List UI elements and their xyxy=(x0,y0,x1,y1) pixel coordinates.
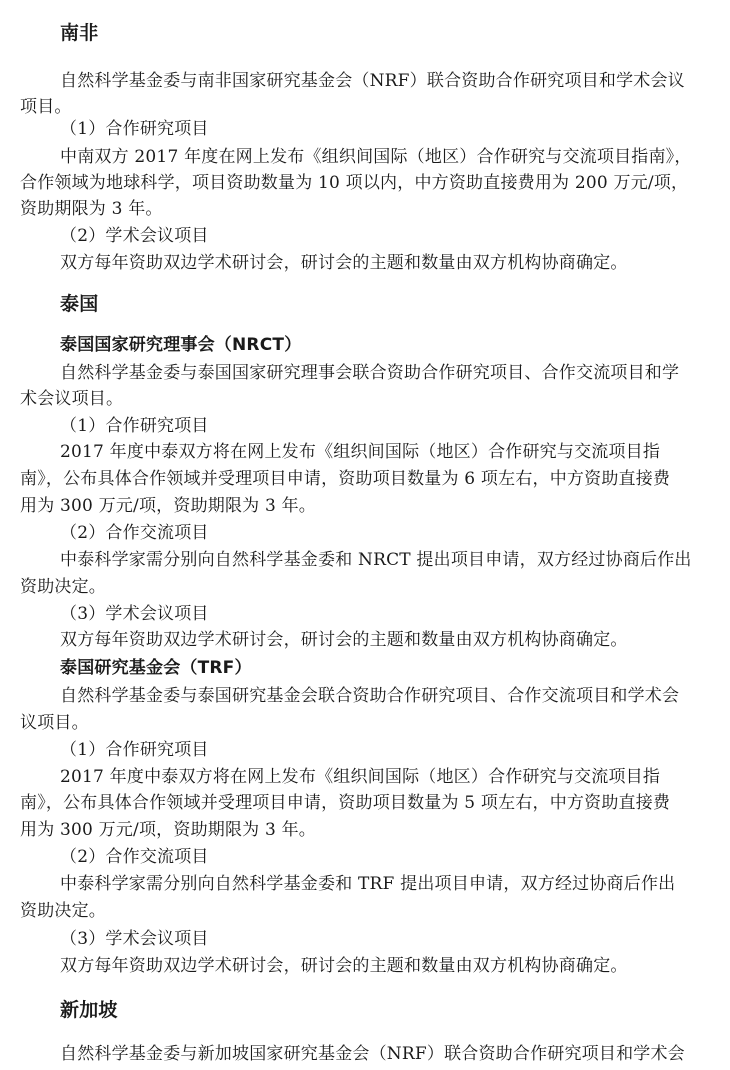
org-heading-trf: 泰国研究基金会（TRF） xyxy=(60,657,252,679)
paragraph-line: 南》，公布具体合作领域并受理项目申请，资助项目数量为 5 项左右，中方资助直接费 xyxy=(20,792,670,814)
item-label: （2）学术会议项目 xyxy=(60,225,209,247)
paragraph-line: 自然科学基金委与新加坡国家研究基金会（NRF）联合资助合作研究项目和学术会 xyxy=(60,1043,685,1065)
paragraph-line: 2017 年度中泰双方将在网上发布《组织间国际（地区）合作研究与交流项目指 xyxy=(60,441,660,463)
paragraph-line: 资助决定。 xyxy=(20,576,106,598)
paragraph-line: 双方每年资助双边学术研讨会，研讨会的主题和数量由双方机构协商确定。 xyxy=(60,955,628,977)
paragraph-line: 资助决定。 xyxy=(20,900,106,922)
paragraph-line: 项目。 xyxy=(20,96,72,118)
paragraph-line: 自然科学基金委与南非国家研究基金会（NRF）联合资助合作研究项目和学术会议 xyxy=(60,70,685,92)
paragraph-line: 南》，公布具体合作领域并受理项目申请，资助项目数量为 6 项左右，中方资助直接费 xyxy=(20,468,670,490)
paragraph-line: 自然科学基金委与泰国国家研究理事会联合资助合作研究项目、合作交流项目和学 xyxy=(60,362,679,384)
item-label: （3）学术会议项目 xyxy=(60,603,209,625)
paragraph-line: 双方每年资助双边学术研讨会，研讨会的主题和数量由双方机构协商确定。 xyxy=(60,252,628,274)
paragraph-line: 用为 300 万元/项，资助期限为 3 年。 xyxy=(20,495,316,517)
paragraph-line: 自然科学基金委与泰国研究基金会联合资助合作研究项目、合作交流项目和学术会 xyxy=(60,685,679,707)
org-heading-nrct: 泰国国家研究理事会（NRCT） xyxy=(60,334,301,356)
item-label: （1）合作研究项目 xyxy=(60,739,209,761)
item-label: （2）合作交流项目 xyxy=(60,522,209,544)
paragraph-line: 用为 300 万元/项，资助期限为 3 年。 xyxy=(20,819,316,841)
section-heading-thailand: 泰国 xyxy=(60,293,98,315)
paragraph-line: 议项目。 xyxy=(20,712,89,734)
paragraph-line: 术会议项目。 xyxy=(20,388,123,410)
paragraph-line: 资助期限为 3 年。 xyxy=(20,198,163,220)
item-label: （2）合作交流项目 xyxy=(60,846,209,868)
section-heading-singapore: 新加坡 xyxy=(60,999,118,1021)
item-label: （3）学术会议项目 xyxy=(60,928,209,950)
paragraph-line: 中泰科学家需分别向自然科学基金委和 NRCT 提出项目申请，双方经过协商后作出 xyxy=(60,549,692,571)
item-label: （1）合作研究项目 xyxy=(60,415,209,437)
paragraph-line: 中泰科学家需分别向自然科学基金委和 TRF 提出项目申请，双方经过协商后作出 xyxy=(60,873,675,895)
section-heading-south-africa: 南非 xyxy=(60,22,98,44)
item-label: （1）合作研究项目 xyxy=(60,118,209,140)
paragraph-line: 2017 年度中泰双方将在网上发布《组织间国际（地区）合作研究与交流项目指 xyxy=(60,766,660,788)
paragraph-line: 双方每年资助双边学术研讨会，研讨会的主题和数量由双方机构协商确定。 xyxy=(60,629,628,651)
paragraph-line: 中南双方 2017 年度在网上发布《组织间国际（地区）合作研究与交流项目指南》， xyxy=(60,146,692,168)
paragraph-line: 合作领域为地球科学，项目资助数量为 10 项以内，中方资助直接费用为 200 万… xyxy=(20,172,688,194)
